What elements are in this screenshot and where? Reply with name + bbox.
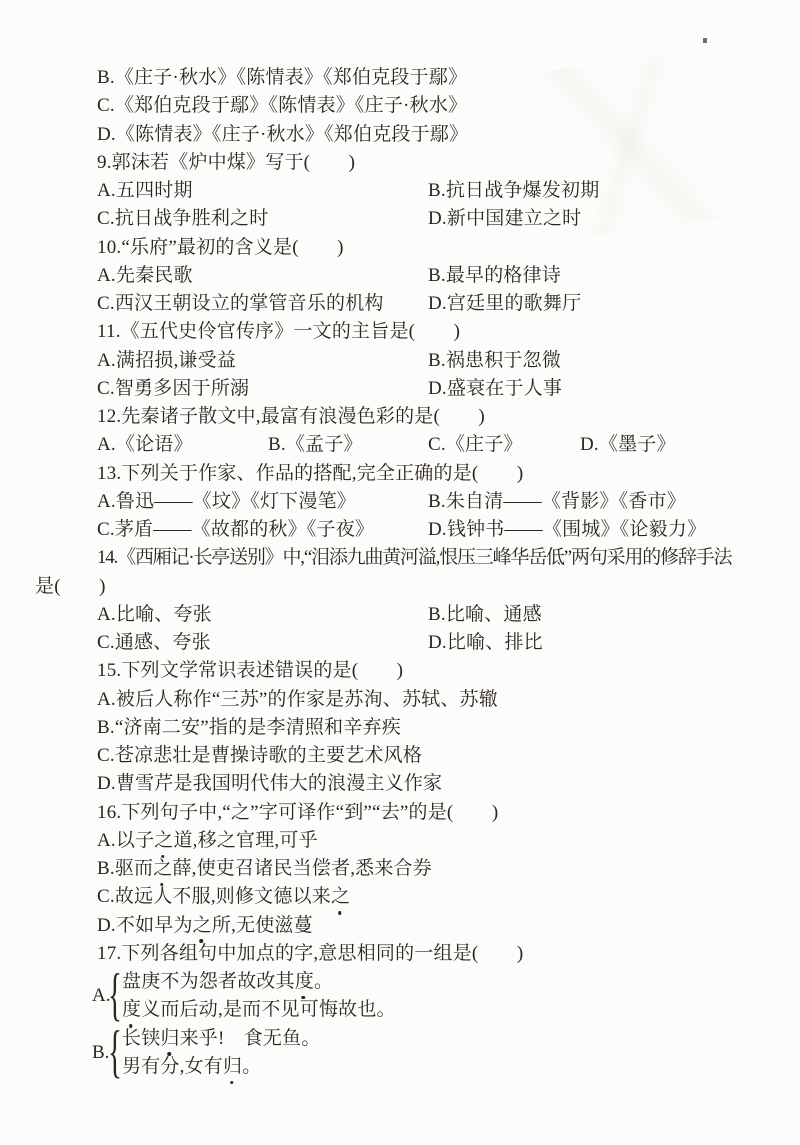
- text-run: 盘庚不为怨者故改其: [122, 971, 295, 992]
- text-cell: D.钱钟书——《围城》《论毅力》: [428, 516, 706, 544]
- text-run: 13.下列关于作家、作品的搭配,完全正确的是( ): [97, 463, 523, 484]
- text-cell: B.驱而之薛,使吏召诸民当偿者,悉来合券: [97, 855, 432, 883]
- emphasized-char: 度: [295, 968, 314, 996]
- text-run: B.“济南二安”指的是李清照和辛弃疾: [97, 717, 401, 738]
- text-run: 义而后动,是而不见可悔故也。: [141, 999, 396, 1020]
- options-row: C.西汉王朝设立的掌管音乐的机构D.宫廷里的歌舞厅: [35, 290, 783, 318]
- option-line-8C: C.《郑伯克段于鄢》《陈情表》《庄子·秋水》: [35, 92, 783, 120]
- text-cell: A.被后人称作“三苏”的作家是苏洵、苏轼、苏辙: [97, 686, 498, 714]
- option-line-15A: A.被后人称作“三苏”的作家是苏洵、苏轼、苏辙: [35, 686, 783, 714]
- option-line-16D: D.不如早为之所,无使滋蔓: [35, 912, 783, 940]
- text-cell: C.苍凉悲壮是曹操诗歌的主要艺术风格: [97, 742, 422, 770]
- text-run: A.比喻、夸张: [97, 604, 212, 625]
- text-cell: C.智勇多因于所溺: [97, 375, 249, 403]
- emphasized-char: 之: [153, 855, 172, 883]
- text-run: C.西汉王朝设立的掌管音乐的机构: [97, 293, 384, 314]
- text-cell: A.《论语》: [97, 431, 193, 459]
- emphasized-char: 之: [193, 912, 212, 940]
- text-run: A.被后人称作“三苏”的作家是苏洵、苏轼、苏辙: [97, 689, 498, 710]
- text-cell: C.通感、夸张: [97, 629, 211, 657]
- text-run: C.抗日战争胜利之时: [97, 208, 268, 229]
- options-row: C.抗日战争胜利之时D.新中国建立之时: [35, 205, 783, 233]
- text-run: A.满招损,谦受益: [97, 350, 236, 371]
- option-line-16A: A.以子之道,移之官理,可乎: [35, 827, 783, 855]
- text-cell: B.比喻、通感: [428, 601, 542, 629]
- question-line-9: 9.郭沫若《炉中煤》写于( ): [35, 149, 783, 177]
- text-cell: D.不如早为之所,无使滋蔓: [97, 912, 313, 940]
- text-run: D.《陈情表》《庄子·秋水》《郑伯克段于鄢》: [97, 124, 468, 145]
- emphasized-char: 归: [160, 1025, 179, 1053]
- text-run: A.五四时期: [97, 180, 193, 201]
- text-cell: B.《孟子》: [268, 431, 363, 459]
- text-run: 长铗: [122, 1028, 160, 1049]
- text-run: 9.郭沫若《炉中煤》写于( ): [97, 152, 355, 173]
- option-line-16C: C.故远人不服,则修文德以来之: [35, 883, 783, 911]
- option-group-row: 长铗归来乎! 食无鱼。: [122, 1025, 321, 1053]
- text-run: 17.下列各组句中加点的字,意思相同的一组是( ): [97, 943, 523, 964]
- text-cell: 11.《五代史伶官传序》一文的主旨是( ): [97, 318, 460, 346]
- text-run: 10.“乐府”最初的含义是( ): [97, 237, 344, 258]
- options-row: A.比喻、夸张B.比喻、通感: [35, 601, 783, 629]
- text-run: D.不如早为: [97, 915, 193, 936]
- text-run: C.故远人不服,则修文德以来: [97, 886, 331, 907]
- option-line-15B: B.“济南二安”指的是李清照和辛弃疾: [35, 714, 783, 742]
- text-cell: D.盛衰在于人事: [428, 375, 562, 403]
- question-continuation-14: 是( ): [35, 573, 783, 601]
- text-cell: A.鲁迅——《坟》《灯下漫笔》: [97, 488, 356, 516]
- text-run: C.《郑伯克段于鄢》《陈情表》《庄子·秋水》: [97, 95, 467, 116]
- text-run: C.智勇多因于所溺: [97, 378, 249, 399]
- option-group-rows: 盘庚不为怨者故改其度。度义而后动,是而不见可悔故也。: [122, 968, 396, 1025]
- text-run: 来乎! 食无鱼。: [180, 1028, 321, 1049]
- emphasized-char: 之: [331, 883, 350, 911]
- question-line-16: 16.下列句子中,“之”字可译作“到”“去”的是( ): [35, 799, 783, 827]
- option-group-row: 盘庚不为怨者故改其度。: [122, 968, 396, 996]
- text-cell: B.抗日战争爆发初期: [428, 177, 599, 205]
- text-cell: D.《陈情表》《庄子·秋水》《郑伯克段于鄢》: [97, 121, 468, 149]
- text-run: A.鲁迅——《坟》《灯下漫笔》: [97, 491, 356, 512]
- text-run: B.朱自清——《背影》《香市》: [428, 491, 686, 512]
- text-run: A.《论语》: [97, 434, 193, 455]
- text-cell: 9.郭沫若《炉中煤》写于( ): [97, 149, 355, 177]
- text-run: 男有分,女有: [122, 1056, 223, 1077]
- options-row: A.《论语》B.《孟子》C.《庄子》D.《墨子》: [35, 431, 783, 459]
- text-cell: C.抗日战争胜利之时: [97, 205, 268, 233]
- question-line-12: 12.先秦诸子散文中,最富有浪漫色彩的是( ): [35, 403, 783, 431]
- scanned-exam-page: B.《庄子·秋水》《陈情表》《郑伯克段于鄢》C.《郑伯克段于鄢》《陈情表》《庄子…: [0, 0, 800, 1145]
- text-run: D.《墨子》: [580, 434, 676, 455]
- text-cell: 是( ): [35, 573, 106, 601]
- text-cell: 12.先秦诸子散文中,最富有浪漫色彩的是( ): [97, 403, 485, 431]
- text-cell: 10.“乐府”最初的含义是( ): [97, 234, 344, 262]
- text-run: B.最早的格律诗: [428, 265, 561, 286]
- text-cell: B.朱自清——《背影》《香市》: [428, 488, 686, 516]
- text-cell: B.“济南二安”指的是李清照和辛弃疾: [97, 714, 401, 742]
- text-run: A.先秦民歌: [97, 265, 193, 286]
- text-run: C.苍凉悲壮是曹操诗歌的主要艺术风格: [97, 745, 422, 766]
- text-cell: B.最早的格律诗: [428, 262, 561, 290]
- option-group-row: 度义而后动,是而不见可悔故也。: [122, 996, 396, 1024]
- text-run: 薛,使吏召诸民当偿者,悉来合券: [172, 858, 432, 879]
- text-cell: 13.下列关于作家、作品的搭配,完全正确的是( ): [97, 460, 523, 488]
- question-line-17: 17.下列各组句中加点的字,意思相同的一组是( ): [35, 940, 783, 968]
- emphasized-char: 之: [154, 827, 173, 855]
- question-line-11: 11.《五代史伶官传序》一文的主旨是( ): [35, 318, 783, 346]
- emphasized-char: 度: [122, 996, 141, 1024]
- option-group-rows: 长铗归来乎! 食无鱼。男有分,女有归。: [122, 1025, 321, 1082]
- text-cell: A.五四时期: [97, 177, 193, 205]
- question-line-15: 15.下列文学常识表述错误的是( ): [35, 657, 783, 685]
- text-cell: D.宫廷里的歌舞厅: [428, 290, 581, 318]
- text-run: D.钱钟书——《围城》《论毅力》: [428, 519, 706, 540]
- text-run: 15.下列文学常识表述错误的是( ): [97, 660, 403, 681]
- text-run: D.比喻、排比: [428, 632, 543, 653]
- options-row: C.智勇多因于所溺D.盛衰在于人事: [35, 375, 783, 403]
- text-run: 11.《五代史伶官传序》一文的主旨是( ): [97, 321, 460, 342]
- question-line-10: 10.“乐府”最初的含义是( ): [35, 234, 783, 262]
- option-line-15C: C.苍凉悲壮是曹操诗歌的主要艺术风格: [35, 742, 783, 770]
- text-cell: 15.下列文学常识表述错误的是( ): [97, 657, 403, 685]
- text-run: B.抗日战争爆发初期: [428, 180, 599, 201]
- options-row: A.鲁迅——《坟》《灯下漫笔》B.朱自清——《背影》《香市》: [35, 488, 783, 516]
- text-run: B.比喻、通感: [428, 604, 542, 625]
- option-line-8B: B.《庄子·秋水》《陈情表》《郑伯克段于鄢》: [35, 64, 783, 92]
- brace-icon: {: [108, 1022, 122, 1080]
- text-run: 。: [314, 971, 333, 992]
- text-cell: A.比喻、夸张: [97, 601, 212, 629]
- options-row: A.先秦民歌B.最早的格律诗: [35, 262, 783, 290]
- option-line-16B: B.驱而之薛,使吏召诸民当偿者,悉来合券: [35, 855, 783, 883]
- text-run: D.盛衰在于人事: [428, 378, 562, 399]
- text-run: B.驱而: [97, 858, 153, 879]
- text-run: 所,无使滋蔓: [212, 915, 313, 936]
- emphasized-char: 归: [223, 1053, 242, 1081]
- text-run: 是( ): [35, 576, 106, 597]
- text-cell: D.曹雪芹是我国明代伟大的浪漫主义作家: [97, 770, 442, 798]
- text-run: A.以子: [97, 830, 154, 851]
- option-line-8D: D.《陈情表》《庄子·秋水》《郑伯克段于鄢》: [35, 121, 783, 149]
- text-cell: 14.《西厢记·长亭送别》中,“泪添九曲黄河溢,恨压三峰华岳低”两句采用的修辞手…: [97, 544, 731, 572]
- text-cell: C.《庄子》: [428, 431, 523, 459]
- text-cell: C.《郑伯克段于鄢》《陈情表》《庄子·秋水》: [97, 92, 467, 120]
- text-run: C.茅盾——《故都的秋》《子夜》: [97, 519, 374, 540]
- text-run: B.《庄子·秋水》《陈情表》《郑伯克段于鄢》: [97, 67, 467, 88]
- text-cell: B.《庄子·秋水》《陈情表》《郑伯克段于鄢》: [97, 64, 467, 92]
- option-pair-17A: A.{盘庚不为怨者故改其度。度义而后动,是而不见可悔故也。: [35, 968, 783, 1025]
- text-run: 14.《西厢记·长亭送别》中,“泪添九曲黄河溢,恨压三峰华岳低”两句采用的修辞手…: [97, 547, 731, 568]
- text-cell: C.西汉王朝设立的掌管音乐的机构: [97, 290, 384, 318]
- text-run: 。: [242, 1056, 261, 1077]
- text-cell: D.《墨子》: [580, 431, 676, 459]
- exam-body: B.《庄子·秋水》《陈情表》《郑伯克段于鄢》C.《郑伯克段于鄢》《陈情表》《庄子…: [35, 64, 783, 1081]
- text-cell: 17.下列各组句中加点的字,意思相同的一组是( ): [97, 940, 523, 968]
- text-run: D.曹雪芹是我国明代伟大的浪漫主义作家: [97, 773, 442, 794]
- text-cell: A.满招损,谦受益: [97, 347, 236, 375]
- option-line-15D: D.曹雪芹是我国明代伟大的浪漫主义作家: [35, 770, 783, 798]
- options-row: C.茅盾——《故都的秋》《子夜》D.钱钟书——《围城》《论毅力》: [35, 516, 783, 544]
- text-cell: 16.下列句子中,“之”字可译作“到”“去”的是( ): [97, 799, 498, 827]
- text-cell: D.新中国建立之时: [428, 205, 581, 233]
- options-row: C.通感、夸张D.比喻、排比: [35, 629, 783, 657]
- text-run: 16.下列句子中,“之”字可译作“到”“去”的是( ): [97, 802, 498, 823]
- text-run: D.新中国建立之时: [428, 208, 581, 229]
- text-cell: D.比喻、排比: [428, 629, 543, 657]
- text-run: B.祸患积于忽微: [428, 350, 561, 371]
- text-run: 12.先秦诸子散文中,最富有浪漫色彩的是( ): [97, 406, 485, 427]
- option-pair-17B: B.{长铗归来乎! 食无鱼。男有分,女有归。: [35, 1025, 783, 1082]
- brace-icon: {: [108, 966, 122, 1024]
- text-run: 道,移之官理,可乎: [173, 830, 317, 851]
- options-row: A.满招损,谦受益B.祸患积于忽微: [35, 347, 783, 375]
- text-run: B.《孟子》: [268, 434, 363, 455]
- option-group-label: B.: [92, 1025, 109, 1082]
- text-cell: A.以子之道,移之官理,可乎: [97, 827, 318, 855]
- text-run: C.《庄子》: [428, 434, 523, 455]
- text-cell: C.茅盾——《故都的秋》《子夜》: [97, 516, 374, 544]
- question-line-14: 14.《西厢记·长亭送别》中,“泪添九曲黄河溢,恨压三峰华岳低”两句采用的修辞手…: [35, 544, 783, 572]
- text-cell: A.先秦民歌: [97, 262, 193, 290]
- question-line-13: 13.下列关于作家、作品的搭配,完全正确的是( ): [35, 460, 783, 488]
- option-group-row: 男有分,女有归。: [122, 1053, 321, 1081]
- text-run: D.宫廷里的歌舞厅: [428, 293, 581, 314]
- text-cell: C.故远人不服,则修文德以来之: [97, 883, 350, 911]
- text-run: C.通感、夸张: [97, 632, 211, 653]
- scan-speck-artifact: [703, 38, 707, 43]
- options-row: A.五四时期B.抗日战争爆发初期: [35, 177, 783, 205]
- text-cell: B.祸患积于忽微: [428, 347, 561, 375]
